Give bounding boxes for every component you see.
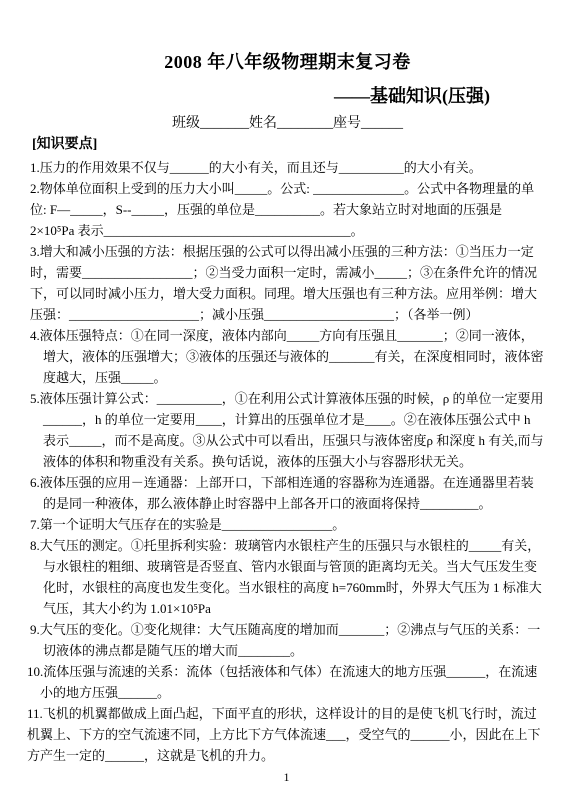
list-item: 4.液体压强特点：①在同一深度，液体内部向_____方向有压强且_______；…: [30, 325, 545, 388]
list-item: 7.第一个证明大气压存在的实验是_________________。: [30, 514, 545, 535]
item-text: 第一个证明大气压存在的实验是_________________。: [40, 517, 346, 532]
document-title: 2008 年八年级物理期末复习卷: [30, 50, 545, 74]
item-text: 流体压强与流速的关系：流体（包括液体和气体）在流速大的地方压强______，在流…: [40, 664, 537, 700]
document-subtitle: ——基础知识(压强): [30, 85, 545, 107]
item-number: 9.: [30, 622, 40, 637]
item-text: 物体单位面积上受到的压力大小叫_____。公式: ______________。…: [30, 181, 534, 238]
list-item: 3.增大和减小压强的方法：根据压强的公式可以得出减小压强的三种方法：①当压力一定…: [30, 241, 545, 325]
item-number: 5.: [30, 391, 40, 406]
list-item: 9.大气压的变化。①变化规律：大气压随高度的增加而_______；②沸点与气压的…: [30, 619, 545, 661]
item-text: 大气压的变化。①变化规律：大气压随高度的增加而_______；②沸点与气压的关系…: [40, 622, 541, 658]
page-number: 1: [0, 770, 573, 784]
item-number: 8.: [30, 538, 40, 553]
item-text: 液体压强特点：①在同一深度，液体内部向_____方向有压强且_______；②同…: [40, 328, 544, 385]
item-text: 增大和减小压强的方法：根据压强的公式可以得出减小压强的三种方法：①当压力一定时，…: [30, 244, 537, 322]
document-page: 2008 年八年级物理期末复习卷 ——基础知识(压强) 班级_______姓名_…: [0, 0, 573, 810]
item-number: 4.: [30, 328, 40, 343]
item-number: 7.: [30, 517, 40, 532]
section-header: [知识要点]: [32, 136, 545, 154]
item-text: 大气压的测定。①托里拆利实验：玻璃管内水银柱产生的压强只与水银柱的_____有关…: [40, 538, 542, 616]
list-item: 6.液体压强的应用－连通器：上部开口，下部相连通的容器称为连通器。在连通器里若装…: [30, 472, 545, 514]
item-number: 3.: [30, 244, 40, 259]
knowledge-points-list: 1.压力的作用效果不仅与______的大小有关，而且还与__________的大…: [30, 157, 545, 766]
item-text: 飞机的机翼都做成上面凸起，下面平直的形状，这样设计的目的是使飞机飞行时，流过机翼…: [27, 706, 541, 763]
item-number: 2.: [30, 181, 40, 196]
list-item: 2.物体单位面积上受到的压力大小叫_____。公式: _____________…: [30, 178, 545, 241]
list-item: 10.流体压强与流速的关系：流体（包括液体和气体）在流速大的地方压强______…: [27, 661, 545, 703]
list-item: 5.液体压强计算公式：__________，①在利用公式计算液体压强的时候，ρ …: [30, 388, 545, 472]
list-item: 1.压力的作用效果不仅与______的大小有关，而且还与__________的大…: [30, 157, 545, 178]
item-text: 液体压强计算公式：__________，①在利用公式计算液体压强的时候，ρ 的单…: [40, 391, 544, 469]
item-number: 11.: [27, 706, 43, 721]
item-text: 液体压强的应用－连通器：上部开口，下部相连通的容器称为连通器。在连通器里若装的是…: [40, 475, 534, 511]
item-number: 6.: [30, 475, 40, 490]
item-number: 1.: [30, 160, 40, 175]
student-info-line: 班级_______姓名________座号______: [30, 115, 545, 133]
item-text: 压力的作用效果不仅与______的大小有关，而且还与__________的大小有…: [40, 160, 482, 175]
list-item: 11.飞机的机翼都做成上面凸起，下面平直的形状，这样设计的目的是使飞机飞行时，流…: [27, 703, 545, 766]
list-item: 8.大气压的测定。①托里拆利实验：玻璃管内水银柱产生的压强只与水银柱的_____…: [30, 535, 545, 619]
item-number: 10.: [27, 664, 43, 679]
